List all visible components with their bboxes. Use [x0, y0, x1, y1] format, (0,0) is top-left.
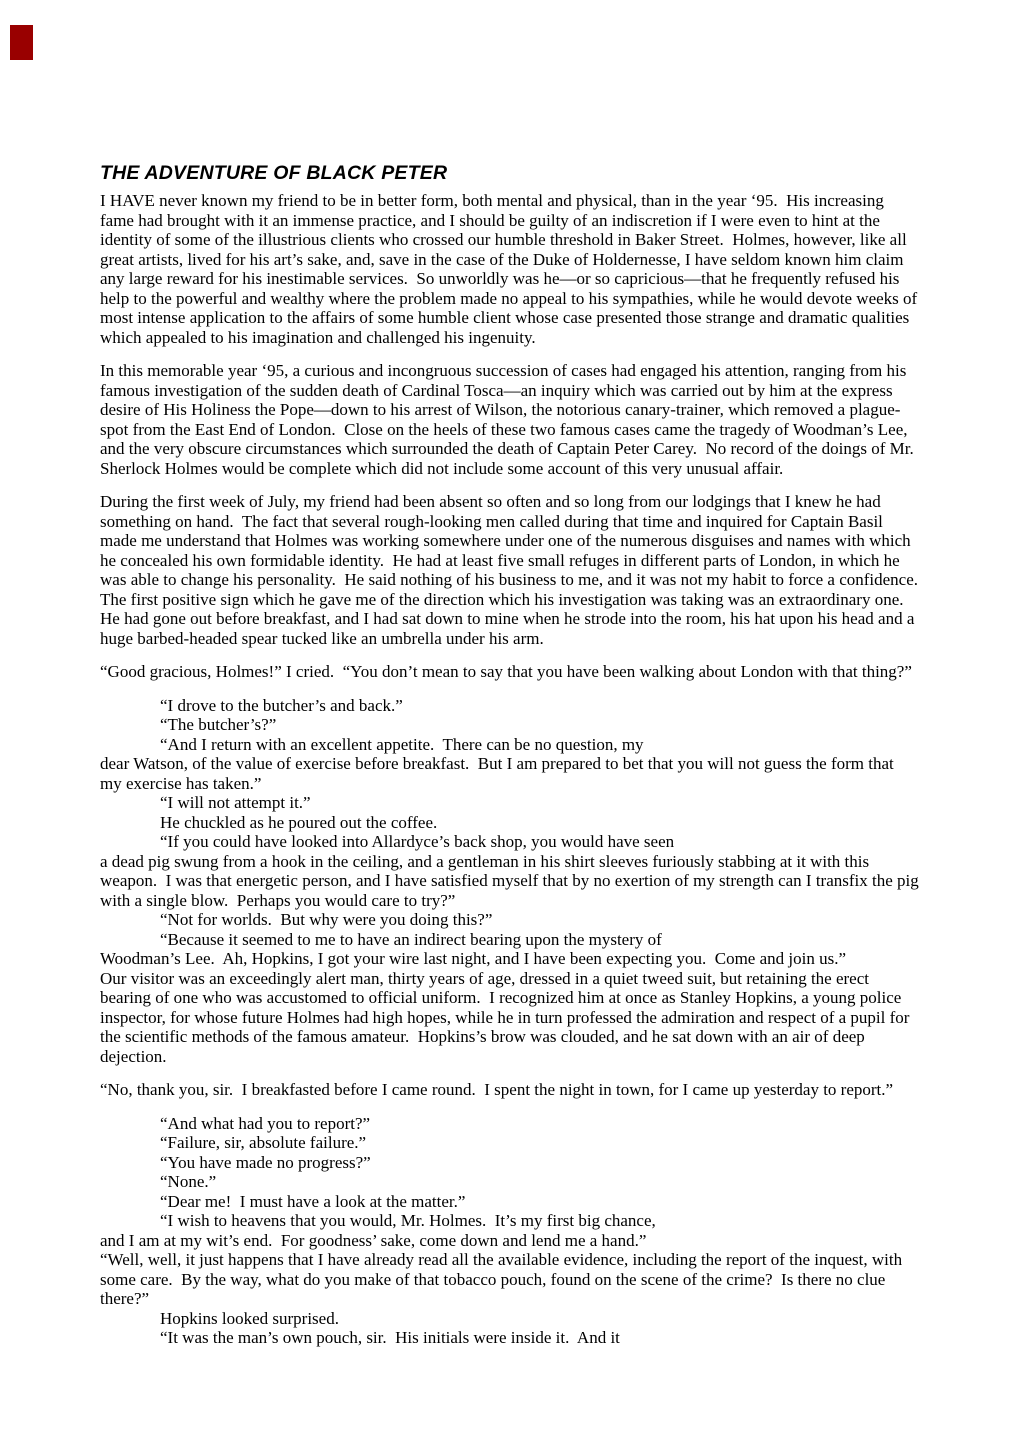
- paragraph: In this memorable year ‘95, a curious an…: [100, 361, 932, 478]
- text-line: He had gone out before breakfast, and I …: [100, 609, 932, 629]
- text-line: and I am at my wit’s end. For goodness’ …: [100, 1231, 932, 1251]
- paragraph: “No, thank you, sir. I breakfasted befor…: [100, 1080, 932, 1100]
- text-line: was able to change his personality. He s…: [100, 570, 932, 590]
- paragraph: “I drove to the butcher’s and back.”“The…: [100, 696, 932, 1067]
- text-line: help to the powerful and wealthy where t…: [100, 289, 932, 309]
- document-page: THE ADVENTURE OF BLACK PETER I HAVE neve…: [0, 0, 1020, 1443]
- text-line: “And I return with an excellent appetite…: [100, 735, 932, 755]
- text-line: “Good gracious, Holmes!” I cried. “You d…: [100, 662, 932, 682]
- text-line: “If you could have looked into Allardyce…: [100, 832, 932, 852]
- text-line: The first positive sign which he gave me…: [100, 590, 932, 610]
- text-line: He chuckled as he poured out the coffee.: [100, 813, 932, 833]
- text-line: “No, thank you, sir. I breakfasted befor…: [100, 1080, 932, 1100]
- text-line: In this memorable year ‘95, a curious an…: [100, 361, 932, 381]
- paragraph: During the first week of July, my friend…: [100, 492, 932, 648]
- text-line: weapon. I was that energetic person, and…: [100, 871, 932, 891]
- document-title: THE ADVENTURE OF BLACK PETER: [100, 161, 447, 185]
- text-line: my exercise has taken.”: [100, 774, 932, 794]
- red-marker: [10, 25, 33, 60]
- text-line: During the first week of July, my friend…: [100, 492, 932, 512]
- text-line: famous investigation of the sudden death…: [100, 381, 932, 401]
- text-line: the scientific methods of the famous ama…: [100, 1027, 932, 1047]
- paragraph: “Good gracious, Holmes!” I cried. “You d…: [100, 662, 932, 682]
- text-line: “Dear me! I must have a look at the matt…: [100, 1192, 932, 1212]
- text-line: “I wish to heavens that you would, Mr. H…: [100, 1211, 932, 1231]
- text-line: which appealed to his imagination and ch…: [100, 328, 932, 348]
- text-line: spot from the East End of London. Close …: [100, 420, 932, 440]
- text-line: Our visitor was an exceedingly alert man…: [100, 969, 932, 989]
- text-line: some care. By the way, what do you make …: [100, 1270, 932, 1290]
- text-line: something on hand. The fact that several…: [100, 512, 932, 532]
- text-line: fame had brought with it an immense prac…: [100, 211, 932, 231]
- text-line: and the very obscure circumstances which…: [100, 439, 932, 459]
- document-body: I HAVE never known my friend to be in be…: [100, 191, 932, 1362]
- text-line: Sherlock Holmes would be complete which …: [100, 459, 932, 479]
- text-line: he concealed his own formidable identity…: [100, 551, 932, 571]
- text-line: “And what had you to report?”: [100, 1114, 932, 1134]
- text-line: “Failure, sir, absolute failure.”: [100, 1133, 932, 1153]
- text-line: there?”: [100, 1289, 932, 1309]
- text-line: “You have made no progress?”: [100, 1153, 932, 1173]
- text-line: Hopkins looked surprised.: [100, 1309, 932, 1329]
- text-line: “It was the man’s own pouch, sir. His in…: [100, 1328, 932, 1348]
- text-line: huge barbed-headed spear tucked like an …: [100, 629, 932, 649]
- text-line: “Well, well, it just happens that I have…: [100, 1250, 932, 1270]
- text-line: made me understand that Holmes was worki…: [100, 531, 932, 551]
- text-line: with a single blow. Perhaps you would ca…: [100, 891, 932, 911]
- text-line: I HAVE never known my friend to be in be…: [100, 191, 932, 211]
- text-line: dejection.: [100, 1047, 932, 1067]
- paragraph: I HAVE never known my friend to be in be…: [100, 191, 932, 347]
- text-line: identity of some of the illustrious clie…: [100, 230, 932, 250]
- text-line: “Not for worlds. But why were you doing …: [100, 910, 932, 930]
- text-line: any large reward for his inestimable ser…: [100, 269, 932, 289]
- text-line: “I will not attempt it.”: [100, 793, 932, 813]
- text-line: “The butcher’s?”: [100, 715, 932, 735]
- text-line: a dead pig swung from a hook in the ceil…: [100, 852, 932, 872]
- text-line: dear Watson, of the value of exercise be…: [100, 754, 932, 774]
- text-line: inspector, for whose future Holmes had h…: [100, 1008, 932, 1028]
- text-line: most intense application to the affairs …: [100, 308, 932, 328]
- text-line: “None.”: [100, 1172, 932, 1192]
- text-line: desire of His Holiness the Pope—down to …: [100, 400, 932, 420]
- text-line: “Because it seemed to me to have an indi…: [100, 930, 932, 950]
- text-line: “I drove to the butcher’s and back.”: [100, 696, 932, 716]
- text-line: Woodman’s Lee. Ah, Hopkins, I got your w…: [100, 949, 932, 969]
- text-line: great artists, lived for his art’s sake,…: [100, 250, 932, 270]
- text-line: bearing of one who was accustomed to off…: [100, 988, 932, 1008]
- paragraph: “And what had you to report?”“Failure, s…: [100, 1114, 932, 1348]
